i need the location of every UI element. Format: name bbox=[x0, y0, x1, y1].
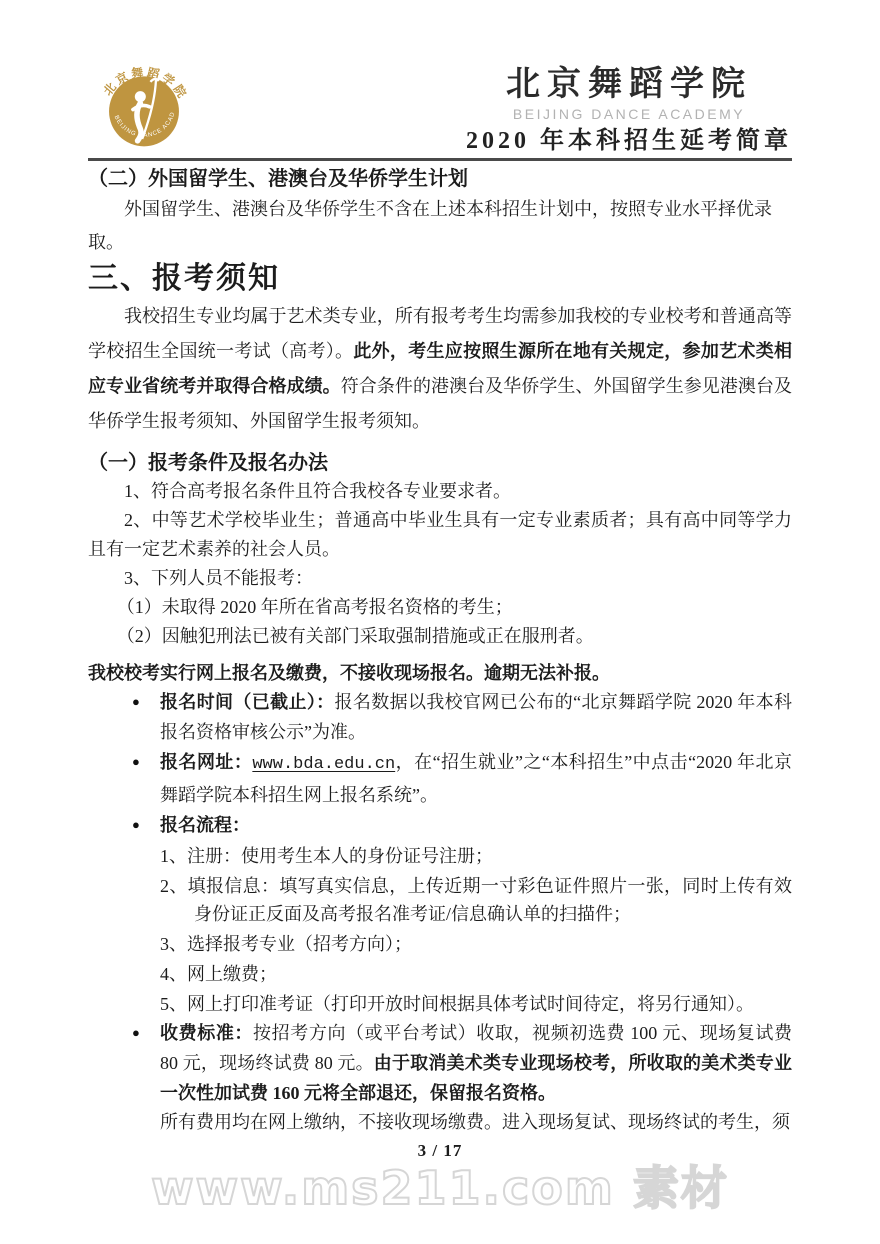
bullet-icon: ● bbox=[132, 1018, 140, 1048]
registration-step: 4、网上缴费； bbox=[160, 960, 792, 988]
registration-flow-label: 报名流程： bbox=[160, 815, 250, 835]
section-notice-heading: 三、报考须知 bbox=[88, 259, 792, 299]
bullet-registration-time: ●报名时间（已截止）：报名数据以我校官网已公布的“北京舞蹈学院 2020 年本科… bbox=[88, 687, 792, 747]
registration-step: 5、网上打印准考证（打印开放时间根据具体考试时间待定，将另行通知）。 bbox=[160, 990, 792, 1018]
brochure-subtitle: 2020 年本科招生延考简章 bbox=[466, 125, 792, 157]
bda-logo-icon: 北京舞蹈学院 BEIJING DANCE ACADEMY bbox=[98, 56, 190, 152]
header-titles: 北京舞蹈学院 BEIJING DANCE ACADEMY 2020 年本科招生延… bbox=[466, 66, 792, 157]
bullet-registration-flow: ●报名流程： bbox=[88, 810, 792, 840]
condition-sub-item: （1）未取得 2020 年所在省高考报名资格的考生； bbox=[88, 593, 792, 622]
online-registration-notice: 我校校考实行网上报名及缴费，不接收现场报名。逾期无法补报。 bbox=[88, 659, 792, 687]
fee-bullet-list: ●收费标准：按招考方向（或平台考试）收取，视频初选费 100 元、现场复试费 8… bbox=[88, 1018, 792, 1108]
bullet-fee-standard: ●收费标准：按招考方向（或平台考试）收取，视频初选费 100 元、现场复试费 8… bbox=[88, 1018, 792, 1108]
section-overseas-heading: （二）外国留学生、港澳台及华侨学生计划 bbox=[88, 165, 792, 193]
registration-time-label: 报名时间（已截止）： bbox=[160, 692, 335, 712]
condition-item: 1、符合高考报名条件且符合我校各专业要求者。 bbox=[88, 477, 792, 506]
fee-payment-note: 所有费用均在网上缴纳，不接收现场缴费。进入现场复试、现场终试的考生，须 bbox=[88, 1108, 792, 1137]
registration-bullet-list: ●报名时间（已截止）：报名数据以我校官网已公布的“北京舞蹈学院 2020 年本科… bbox=[88, 687, 792, 840]
header-divider bbox=[88, 158, 792, 161]
bullet-icon: ● bbox=[132, 747, 140, 777]
document-page: 北京舞蹈学院 BEIJING DANCE ACADEMY 北京舞蹈学院 bbox=[0, 0, 880, 1244]
registration-step: 1、注册：使用考生本人的身份证号注册； bbox=[160, 842, 792, 870]
notice-intro-paragraph: 我校招生专业均属于艺术类专业，所有报考考生均需参加我校的专业校考和普通高等学校招… bbox=[88, 299, 792, 439]
bullet-icon: ● bbox=[132, 810, 140, 840]
bullet-registration-website: ●报名网址：www.bda.edu.cn，在“招生就业”之“本科招生”中点击“2… bbox=[88, 747, 792, 810]
bullet-icon: ● bbox=[132, 687, 140, 717]
condition-item: 2、中等艺术学校毕业生；普通高中毕业生具有一定专业素质者；具有高中同等学力且有一… bbox=[88, 506, 792, 564]
fee-standard-label: 收费标准： bbox=[160, 1023, 253, 1043]
bda-logo-seal: 北京舞蹈学院 BEIJING DANCE ACADEMY bbox=[98, 56, 190, 157]
registration-step: 2、填报信息：填写真实信息，上传近期一寸彩色证件照片一张，同时上传有效身份证正反… bbox=[160, 872, 792, 928]
condition-item: 3、下列人员不能报考： bbox=[88, 564, 792, 593]
academy-title-cn: 北京舞蹈学院 bbox=[466, 66, 792, 104]
registration-step: 3、选择报考专业（招考方向）； bbox=[160, 930, 792, 958]
registration-website-link[interactable]: www.bda.edu.cn bbox=[252, 755, 395, 774]
section-overseas-body: 外国留学生、港澳台及华侨学生不含在上述本科招生计划中，按照专业水平择优录取。 bbox=[88, 193, 792, 259]
conditions-heading: （一）报考条件及报名办法 bbox=[88, 449, 792, 477]
condition-sub-item: （2）因触犯刑法已被有关部门采取强制措施或正在服刑者。 bbox=[88, 622, 792, 651]
academy-title-en: BEIJING DANCE ACADEMY bbox=[466, 105, 792, 123]
registration-website-label: 报名网址： bbox=[160, 752, 252, 772]
watermark-text: www.ms211.com 素材 bbox=[151, 1152, 729, 1218]
registration-steps-list: 1、注册：使用考生本人的身份证号注册； 2、填报信息：填写真实信息，上传近期一寸… bbox=[160, 842, 792, 1018]
page-header: 北京舞蹈学院 BEIJING DANCE ACADEMY 北京舞蹈学院 bbox=[88, 0, 792, 158]
